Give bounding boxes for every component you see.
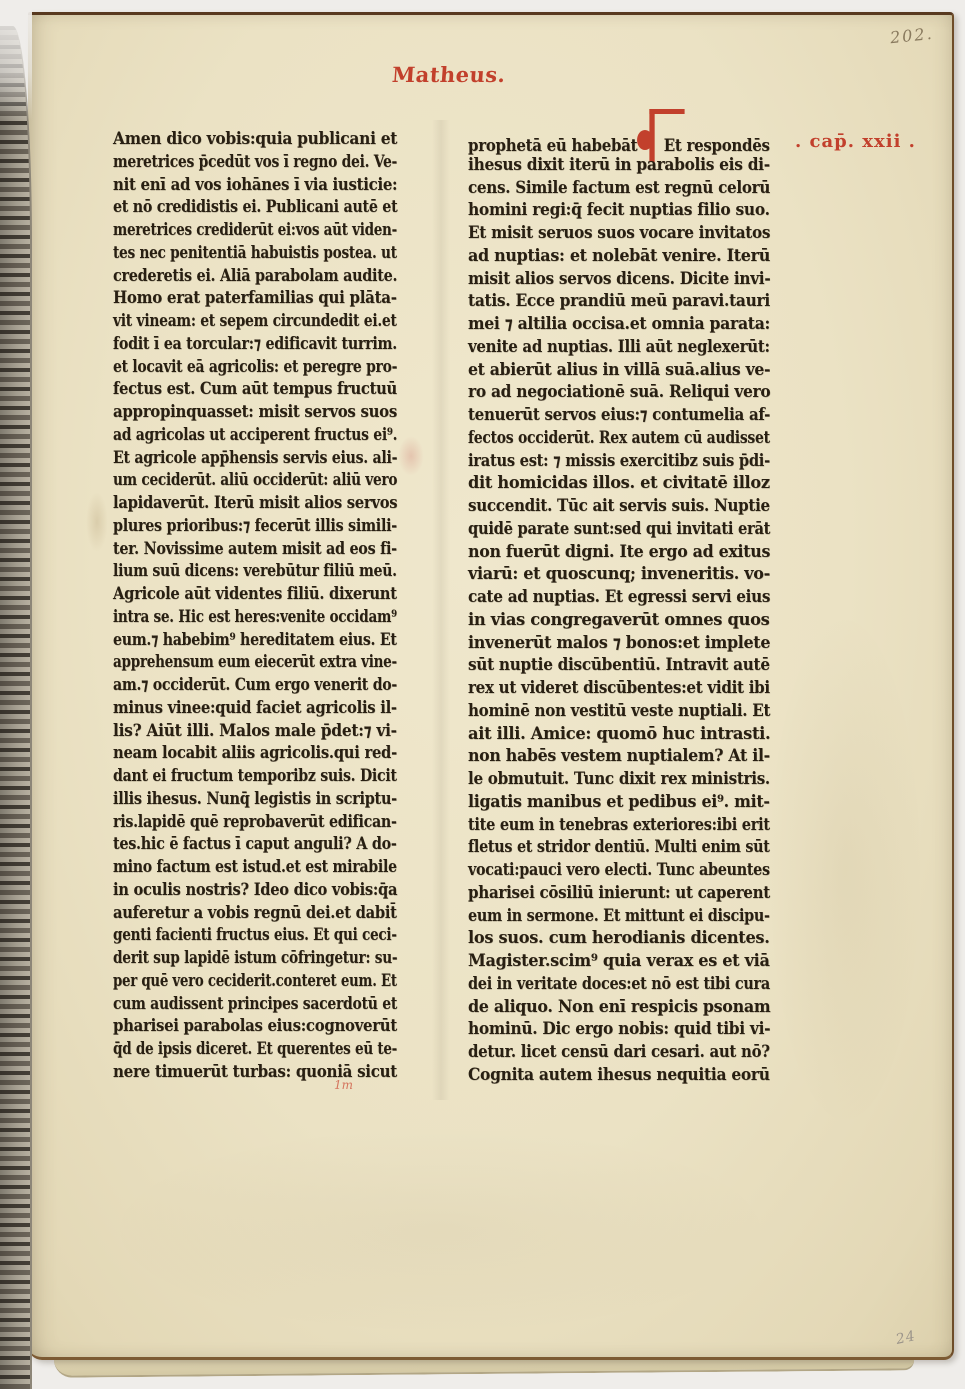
text-line: ro ad negociationē suā. Reliqui vero — [468, 381, 770, 404]
text-line: et abierūt alius in villā suā.alius ve- — [468, 359, 770, 382]
text-line: auferetur a vobis regnū dei.et dabit̄ — [113, 902, 397, 925]
text-line: non habēs vestem nuptialem? At il- — [468, 745, 770, 768]
text-line: illis ihesus. Nunq̄ legistis in scriptu- — [113, 788, 397, 811]
book-gutter-fade — [0, 0, 32, 120]
text-line: lapidaverūt. Iterū misit alios servos — [113, 492, 397, 515]
text-line: de aliquo. Non enī respicis psonam — [468, 996, 770, 1019]
text-line: dei in veritate doces:et nō est tibi cur… — [468, 973, 770, 996]
text-line: ait illi. Amice: quomō huc intrasti. — [468, 723, 770, 746]
text-line: fectos occiderūt. Rex autem cū audisset — [468, 427, 770, 450]
text-line: in oculis nostris? Ideo dico vobis:q̄a — [113, 879, 397, 902]
text-line: tatis. Ecce prandiū meū paravi.tauri — [468, 290, 770, 313]
text-line: hominū. Dic ergo nobis: quid tibi vi- — [468, 1018, 770, 1041]
text-line: fodit ī ea torcular:⁊ edificavit turrim. — [113, 333, 397, 356]
rubric-pilcrow-icon — [637, 131, 661, 151]
text-line: invenerūt malos ⁊ bonos:et implete — [468, 632, 770, 655]
text-line: meretrices p̄cedūt vos ī regno dei. Ve- — [113, 151, 397, 174]
text-line: ihesus dixit iterū in parabolis eis di- — [468, 154, 770, 177]
text-line: et locavit eā agricolis: et peregre pro- — [113, 356, 397, 379]
text-line: meretrices crediderūt ei:vos aūt viden- — [113, 219, 397, 242]
text-line: rex ut videret discūbentes:et vidit ibi — [468, 677, 770, 700]
text-line: non fuerūt digni. Ite ergo ad exitus — [468, 541, 770, 564]
text-line: viarū: et quoscunq; inveneritis. vo- — [468, 563, 770, 586]
text-line: vocati:pauci vero electi. Tunc abeuntes — [468, 859, 770, 882]
text-line: venite ad nuptias. Illi aūt neglexerūt: — [468, 336, 770, 359]
text-line: nit enī ad vos iohānes ī via iusticie: — [113, 174, 397, 197]
text-line: cum audissent principes sacerdotū et — [113, 993, 397, 1016]
text-line: prophetā eū habebātEt respondēs — [468, 131, 770, 154]
text-line: appropinquasset: misit servos suos — [113, 401, 397, 424]
text-line: q̄d de ipsis diceret. Et querentes eū te… — [113, 1038, 397, 1061]
text-line: quidē parate sunt:sed qui invitati erāt — [468, 518, 770, 541]
text-line: sūt nuptie discūbentiū. Intravit autē — [468, 654, 770, 677]
text-line: nere timuerūt turbas: quoniā sicut — [113, 1061, 397, 1084]
text-line: cens. Simile factum est regnū celorū — [468, 177, 770, 200]
text-line: succendit. Tūc ait servis suis. Nuptie — [468, 495, 770, 518]
text-line: ligatis manibus et pedibus ei⁹. mit- — [468, 791, 770, 814]
text-line: misit alios servos dicens. Dicite invi- — [468, 268, 770, 291]
text-line: crederetis ei. Aliā parabolam audite. — [113, 265, 397, 288]
text-line: Et misit seruos suos vocare invitatos — [468, 222, 770, 245]
text-line: iratus est: ⁊ missis exercitibz suis p̄d… — [468, 450, 770, 473]
text-line: Homo erat paterfamilias qui plāta- — [113, 287, 397, 310]
text-line: Cognita autem ihesus nequitia eorū — [468, 1064, 770, 1087]
text-line: dit homicidas illos. et civitatē illoz — [468, 472, 770, 495]
text-line: ad agricolas ut acciperent fructus ei⁹. — [113, 424, 397, 447]
text-line: plures prioribus:⁊ fecerūt illis simili- — [113, 515, 397, 538]
text-line: lium suū dicens: verebūtur filiū meū. — [113, 560, 397, 583]
text-line: fectus est. Cum aūt tempus fructuū — [113, 378, 397, 401]
book-gutter-edge — [0, 26, 32, 1389]
text-line: ad nuptias: et nolebāt venire. Iterū — [468, 245, 770, 268]
text-line: vit vineam: et sepem circundedit ei.et — [113, 310, 397, 333]
page-scan: Matheus. . cap̄. xxii . 202. Amen dico v… — [0, 0, 965, 1389]
text-line: mino factum est istud.et est mirabile — [113, 856, 397, 879]
text-line: intra se. Hic est heres:venite occidam⁹ — [113, 606, 397, 629]
text-line: tes.hic ē factus ī caput anguli? A do- — [113, 833, 397, 856]
text-line: Agricole aūt videntes filiū. dixerunt — [113, 583, 397, 606]
text-line: um ceciderūt. aliū occiderūt: aliū vero — [113, 469, 397, 492]
text-line: pharisei cōsiliū inierunt: ut caperent — [468, 882, 770, 905]
text-line: am.⁊ occiderūt. Cum ergo venerit do- — [113, 674, 397, 697]
right-text-column: prophetā eū habebātEt respondēsihesus di… — [468, 131, 770, 1087]
text-line: mei ⁊ altilia occisa.et omnia parata: — [468, 313, 770, 336]
text-line: Amen dico vobis:quia publicani et — [113, 128, 397, 151]
text-line: los suos. cum herodianis dicentes. — [468, 927, 770, 950]
text-line: apprehensum eum eiecerūt extra vine- — [113, 651, 397, 674]
text-line: dant ei fructum temporibz suis. Dicit — [113, 765, 397, 788]
text-line: le obmutuit. Tunc dixit rex ministris. — [468, 768, 770, 791]
text-line: ter. Novissime autem misit ad eos fi- — [113, 538, 397, 561]
text-line: homini regi:q̄ fecit nuptias filio suo. — [468, 199, 770, 222]
text-line: tenuerūt servos eius:⁊ contumelia af- — [468, 404, 770, 427]
text-line: fletus et stridor dentiū. Multi enim sūt — [468, 836, 770, 859]
text-line: et nō credidistis ei. Publicani autē et — [113, 196, 397, 219]
text-line: hominē non vestitū veste nuptiali. Et — [468, 700, 770, 723]
text-line: cate ad nuptias. Et egressi servi eius — [468, 586, 770, 609]
running-header: Matheus. — [391, 62, 506, 87]
text-line: lis? Aiūt illi. Malos male p̄det:⁊ vi- — [113, 720, 397, 743]
text-line: eum.⁊ habebim⁹ hereditatem eius. Et — [113, 629, 397, 652]
text-line: pharisei parabolas eius:cognoverūt — [113, 1015, 397, 1038]
signature-mark: 1m — [334, 1078, 353, 1092]
text-line: tite eum in tenebras exteriores:ibi erit — [468, 814, 770, 837]
text-line: Magister.scim⁹ quia verax es et viā — [468, 950, 770, 973]
text-line: minus vinee:quid faciet agricolis il- — [113, 697, 397, 720]
text-line: detur. licet censū dari cesari. aut nō? — [468, 1041, 770, 1064]
left-text-column: Amen dico vobis:quia publicani etmeretri… — [113, 128, 397, 1084]
text-line: ris.lapidē quē reprobaverūt edifican- — [113, 811, 397, 834]
text-line: neam locabit aliis agricolis.qui red- — [113, 742, 397, 765]
text-line: per quē vero ceciderit.conteret eum. Et — [113, 970, 397, 993]
text-line: genti facienti fructus eius. Et qui ceci… — [113, 924, 397, 947]
text-line: in vias congregaverūt omnes quos — [468, 609, 770, 632]
text-line: tes nec penitentiā habuistis postea. ut — [113, 242, 397, 265]
text-line: derit sup lapidē istum cōfringetur: su- — [113, 947, 397, 970]
text-line: Et agricole app̄hensis servis eius. ali- — [113, 447, 397, 470]
text-line: eum in sermone. Et mittunt ei discipu- — [468, 905, 770, 928]
chapter-marker: . cap̄. xxii . — [795, 131, 916, 152]
